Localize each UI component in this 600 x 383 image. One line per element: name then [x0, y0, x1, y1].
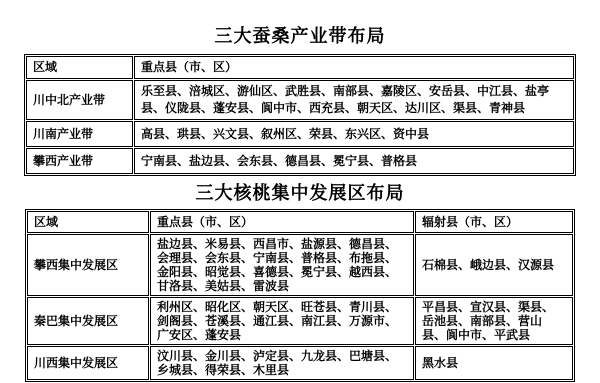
walnut-table-header-row: 区域 重点县（市、区） 辐射县（市、区） [27, 211, 573, 233]
header-region: 区域 [27, 211, 149, 233]
radiating-counties-cell: 石棉县、峨边县、汉源县 [415, 234, 573, 296]
document-page: 三大蚕桑产业带布局 区域 重点县（市、区） 川中北产业带 乐至县、涪城区、游仙区… [0, 0, 600, 383]
key-counties-cell: 盐边县、米易县、西昌市、盐源县、德昌县、会理县、会东县、宁南县、普格县、布拖县、… [150, 234, 414, 296]
key-counties-cell: 汶川县、金川县、泸定县、九龙县、巴塘县、乡城县、得荣县、木里县 [150, 346, 414, 380]
region-cell: 川西集中发展区 [27, 346, 149, 380]
radiating-counties-cell: 黑水县 [415, 346, 573, 380]
table-row: 川西集中发展区 汶川县、金川县、泸定县、九龙县、巴塘县、乡城县、得荣县、木里县 … [27, 346, 573, 380]
region-cell: 川中北产业带 [26, 80, 133, 120]
silkworm-belt-title: 三大蚕桑产业带布局 [0, 26, 600, 47]
walnut-zone-title: 三大核桃集中发展区布局 [0, 183, 600, 204]
region-cell: 攀西集中发展区 [27, 234, 149, 296]
silkworm-table-header-row: 区域 重点县（市、区） [26, 56, 574, 79]
key-counties-cell: 高县、珙县、兴文县、叙州区、荣县、东兴区、资中县 [134, 121, 574, 147]
table-row: 秦巴集中发展区 利州区、昭化区、朝天区、旺苍县、青川县、剑阁县、苍溪县、通江县、… [27, 297, 573, 345]
region-cell: 川南产业带 [26, 121, 133, 147]
table-row: 攀西集中发展区 盐边县、米易县、西昌市、盐源县、德昌县、会理县、会东县、宁南县、… [27, 234, 573, 296]
key-counties-cell: 宁南县、盐边县、会东县、德昌县、冕宁县、普格县 [134, 148, 574, 174]
region-cell: 攀西产业带 [26, 148, 133, 174]
header-key-counties: 重点县（市、区） [134, 56, 574, 79]
header-key-counties: 重点县（市、区） [150, 211, 414, 233]
walnut-zone-table: 区域 重点县（市、区） 辐射县（市、区） 攀西集中发展区 盐边县、米易县、西昌市… [25, 209, 575, 382]
silkworm-belt-table: 区域 重点县（市、区） 川中北产业带 乐至县、涪城区、游仙区、武胜县、南部县、嘉… [24, 54, 576, 176]
table-row: 攀西产业带 宁南县、盐边县、会东县、德昌县、冕宁县、普格县 [26, 148, 574, 174]
header-radiating-counties: 辐射县（市、区） [415, 211, 573, 233]
key-counties-cell: 乐至县、涪城区、游仙区、武胜县、南部县、嘉陵区、安岳县、中江县、盐亭县、仪陇县、… [134, 80, 574, 120]
region-cell: 秦巴集中发展区 [27, 297, 149, 345]
key-counties-cell: 利州区、昭化区、朝天区、旺苍县、青川县、剑阁县、苍溪县、通江县、南江县、万源市、… [150, 297, 414, 345]
radiating-counties-cell: 平昌县、宣汉县、渠县、岳池县、南部县、营山县、阆中市、平武县 [415, 297, 573, 345]
table-row: 川南产业带 高县、珙县、兴文县、叙州区、荣县、东兴区、资中县 [26, 121, 574, 147]
header-region: 区域 [26, 56, 133, 79]
table-row: 川中北产业带 乐至县、涪城区、游仙区、武胜县、南部县、嘉陵区、安岳县、中江县、盐… [26, 80, 574, 120]
